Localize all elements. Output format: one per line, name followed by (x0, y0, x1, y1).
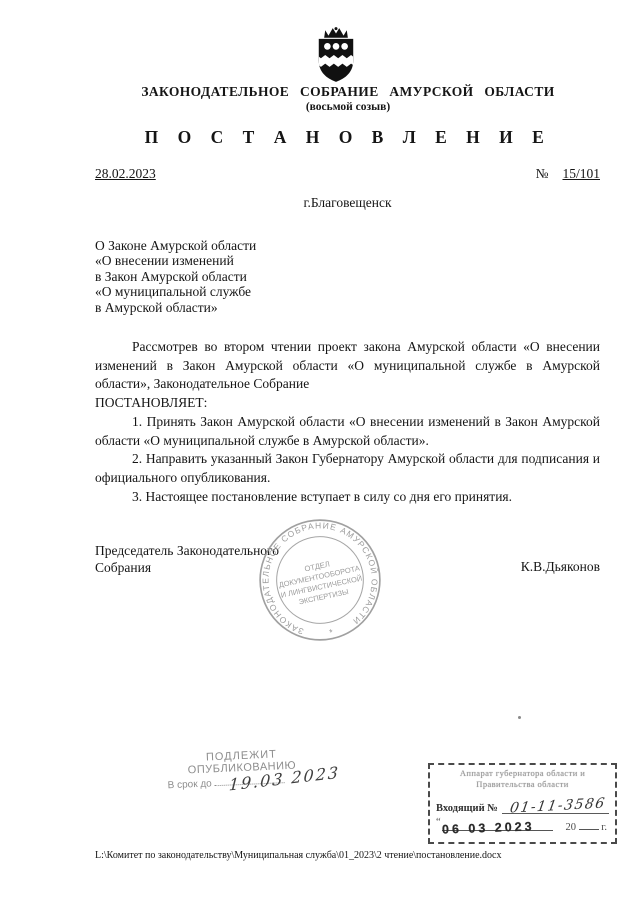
body-paragraph: ПОСТАНОВЛЯЕТ: (95, 394, 600, 413)
publication-stamp: ПОДЛЕЖИТ ОПУБЛИКОВАНИЮ В срок до 19.03 2… (166, 747, 318, 792)
incoming-label: Входящий № (436, 803, 498, 814)
convocation-subtitle: (восьмой созыв) (68, 101, 628, 113)
coat-of-arms-icon (314, 27, 358, 83)
doc-number: 15/101 (562, 166, 600, 181)
ink-speck (518, 716, 521, 719)
year-suffix: 20 г. (566, 822, 608, 833)
document-page: ЗАКОНОДАТЕЛЬНОЕ СОБРАНИЕ АМУРСКОЙ ОБЛАСТ… (0, 0, 640, 905)
blank-line: 01-11-3586 (502, 798, 609, 814)
subject-line: «О муниципальной службе (95, 284, 375, 299)
signature-name: К.В.Дьяконов (521, 559, 600, 576)
body-paragraph: 1. Принять Закон Амурской области «О вне… (95, 413, 600, 450)
subject-line: «О внесении изменений (95, 253, 375, 268)
quote-mark: “ (436, 817, 441, 828)
round-stamp: ЗАКОНОДАТЕЛЬНОЕ СОБРАНИЕ АМУРСКОЙ ОБЛАСТ… (244, 504, 396, 656)
org-name-title: ЗАКОНОДАТЕЛЬНОЕ СОБРАНИЕ АМУРСКОЙ ОБЛАСТ… (68, 84, 628, 100)
subject-line: О Законе Амурской области (95, 238, 375, 253)
doc-number-group: №15/101 (536, 166, 600, 182)
file-path-footer: L:\Комитет по законодательству\Муниципал… (95, 850, 501, 861)
body-paragraph: Рассмотрев во втором чтении проект закон… (95, 338, 600, 394)
subject-block: О Законе Амурской области «О внесении из… (95, 238, 375, 315)
registration-org: Аппарат губернатора области и Правительс… (430, 768, 615, 790)
doc-date: 28.02.2023 (95, 166, 156, 182)
registration-stamp-box: Аппарат губернатора области и Правительс… (428, 763, 617, 844)
number-sign: № (536, 166, 549, 181)
registration-date-row: “ 06 03 2023 20 г. (436, 816, 609, 836)
body-text: Рассмотрев во втором чтении проект закон… (95, 338, 600, 506)
stamp-star: * (328, 627, 334, 638)
body-paragraph: 3. Настоящее постановление вступает в си… (95, 488, 600, 507)
subject-line: в Амурской области» (95, 300, 375, 315)
blank-line (579, 829, 599, 830)
incoming-number: 01-11-3586 (509, 795, 607, 816)
subject-line: в Закон Амурской области (95, 269, 375, 284)
body-paragraph: 2. Направить указанный Закон Губернатору… (95, 450, 600, 487)
city-label: г.Благовещенск (95, 195, 600, 211)
date-stamp: 06 03 2023 (442, 819, 535, 836)
doc-type-title: П О С Т А Н О В Л Е Н И Е (68, 127, 628, 148)
incoming-number-row: Входящий № 01-11-3586 (436, 798, 609, 814)
